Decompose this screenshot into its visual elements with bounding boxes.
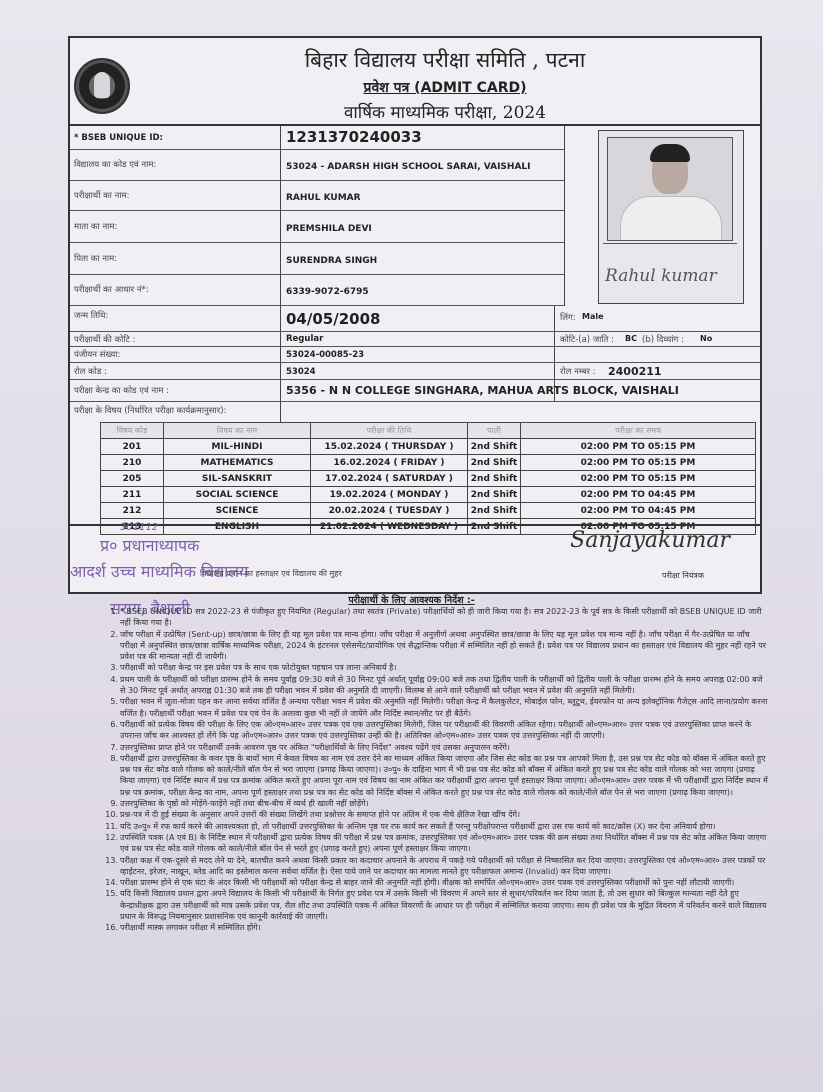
instruction-item: 1.* BSEB UNIQUE ID सत्र 2022-23 से पंजीक…: [108, 606, 768, 629]
instruction-item: 11.यदि उ०पु० में रफ कार्य करने की आवश्यक…: [108, 821, 768, 832]
exam-date-cell: 19.02.2024 ( MONDAY ): [311, 487, 468, 503]
instruction-number: 15.: [98, 888, 118, 899]
father-name-value: SURENDRA SINGH: [286, 256, 377, 266]
father-name-row: पिता का नाम: SURENDRA SINGH: [70, 243, 564, 275]
instruction-item: 12.उपस्थिति पत्रक (A एवं B) के निर्दिष्ट…: [108, 832, 768, 855]
exam-time-cell: 02:00 PM TO 05:15 PM: [521, 471, 756, 487]
caste-label: कोटि-(a) जाति :: [560, 334, 614, 345]
schedule-row: 211SOCIAL SCIENCE19.02.2024 ( MONDAY )2n…: [101, 487, 756, 503]
instructions-list: 1.* BSEB UNIQUE ID सत्र 2022-23 से पंजीक…: [108, 606, 768, 934]
instruction-text: जाँच परीक्षा में उत्प्रेषित (Sent-up) छा…: [120, 630, 766, 662]
instruction-number: 14.: [98, 877, 118, 888]
instruction-item: 7.उत्तरपुस्तिका प्राप्त होने पर परीक्षार…: [108, 742, 768, 753]
schedule-row: 210MATHEMATICS16.02.2024 ( FRIDAY )2nd S…: [101, 455, 756, 471]
school-value: 53024 - ADARSH HIGH SCHOOL SARAI, VAISHA…: [286, 162, 531, 172]
subject-name-cell: SIL-SANSKRIT: [164, 471, 311, 487]
instruction-number: 10.: [98, 809, 118, 820]
roll-number-value: 2400211: [608, 365, 662, 378]
instruction-text: उत्तरपुस्तिका प्राप्त होने पर परीक्षार्थ…: [120, 743, 510, 752]
instruction-number: 8.: [98, 753, 118, 764]
unique-id-value: 1231370240033: [286, 128, 422, 146]
schedule-row: 201MIL-HINDI15.02.2024 ( THURSDAY )2nd S…: [101, 439, 756, 455]
instruction-text: परीक्षार्थी को परीक्षा केन्द्र पर इस प्र…: [120, 663, 396, 672]
category-value: Regular: [286, 334, 323, 344]
instruction-item: 15.यदि किसी विद्यालय प्रधान द्वारा अपने …: [108, 888, 768, 922]
controller-signature: Sanjayakumar: [570, 528, 730, 553]
instruction-item: 16.परीक्षार्थी मास्क लगाकर परीक्षा में स…: [108, 922, 768, 933]
subject-name-cell: SCIENCE: [164, 503, 311, 519]
subjects-heading-row: परीक्षा के विषय (निर्धारित परीक्षा कार्य…: [70, 402, 760, 422]
exam-centre-row: परीक्षा केन्द्र का कोड एवं नाम : 5356 - …: [70, 380, 760, 402]
instruction-number: 12.: [98, 832, 118, 843]
disability-value: No: [700, 334, 712, 343]
dob-label: जन्म तिथि:: [74, 310, 108, 321]
caste-value: BC: [625, 334, 637, 343]
dob-value: 04/05/2008: [286, 310, 380, 328]
roll-code-label: रोल कोड :: [74, 366, 107, 377]
exam-time-cell: 02:00 PM TO 04:45 PM: [521, 487, 756, 503]
registration-row: पंजीयन संख्या: 53024-00085-23: [70, 347, 760, 363]
subject-code-cell: 212: [101, 503, 164, 519]
unique-id-row: * BSEB UNIQUE ID: 1231370240033: [70, 126, 564, 150]
instruction-text: परीक्षा भवन में जूता-मोजा पहन कर आना सर्…: [120, 697, 767, 717]
admit-card: बिहार विद्यालय परीक्षा समिति , पटना प्रव…: [68, 36, 762, 594]
subject-code-cell: 201: [101, 439, 164, 455]
mother-name-row: माता का नाम: PREMSHILA DEVI: [70, 211, 564, 243]
col-exam-time: परीक्षा का समय: [521, 423, 756, 439]
instruction-number: 7.: [98, 742, 118, 753]
subject-name-cell: MATHEMATICS: [164, 455, 311, 471]
col-subject-code: विषय कोड: [101, 423, 164, 439]
instruction-text: परीक्षार्थी द्वारा उत्तरपुस्तिका के कवर …: [120, 754, 768, 797]
shift-cell: 2nd Shift: [468, 471, 521, 487]
candidate-signature: Rahul kumar: [605, 266, 717, 286]
roll-row: रोल कोड : 53024 रोल नम्बर : 2400211: [70, 363, 760, 380]
registration-label: पंजीयन संख्या:: [74, 349, 120, 360]
col-exam-date: परीक्षा की तिथि: [311, 423, 468, 439]
instruction-number: 4.: [98, 674, 118, 685]
schedule-row: 205SIL-SANSKRIT17.02.2024 ( SATURDAY )2n…: [101, 471, 756, 487]
instruction-number: 13.: [98, 855, 118, 866]
candidate-signature-box: Rahul kumar: [603, 243, 737, 300]
exam-date-cell: 15.02.2024 ( THURSDAY ): [311, 439, 468, 455]
aadhar-value: 6339-9072-6795: [286, 287, 369, 297]
instruction-item: 4.प्रथम पाली के परीक्षार्थी को परीक्षा प…: [108, 674, 768, 697]
exam-time-cell: 02:00 PM TO 05:15 PM: [521, 455, 756, 471]
shift-cell: 2nd Shift: [468, 487, 521, 503]
controller-label: परीक्षा नियंत्रक: [662, 570, 704, 581]
candidate-photo: [607, 137, 733, 241]
subject-code-cell: 211: [101, 487, 164, 503]
exam-time-cell: 02:00 PM TO 04:45 PM: [521, 503, 756, 519]
school-row: विद्यालय का कोड एवं नाम: 53024 - ADARSH …: [70, 150, 564, 181]
instruction-text: * BSEB UNIQUE ID सत्र 2022-23 से पंजीकृत…: [120, 607, 762, 627]
stamp-number: 301112: [120, 522, 158, 533]
instruction-number: 16.: [98, 922, 118, 933]
candidate-name-value: RAHUL KUMAR: [286, 193, 361, 203]
instruction-text: परीक्षा कक्ष में एक-दूसरे से मदद लेने या…: [120, 856, 765, 876]
school-label: विद्यालय का कोड एवं नाम:: [74, 159, 156, 170]
instruction-number: 1.: [98, 606, 118, 617]
instruction-number: 6.: [98, 719, 118, 730]
father-name-label: पिता का नाम:: [74, 253, 117, 264]
signature-area: 301112 प्र० प्रधानाध्यापक आदर्श उच्च माध…: [70, 524, 760, 596]
instruction-item: 3.परीक्षार्थी को परीक्षा केन्द्र पर इस प…: [108, 662, 768, 673]
instruction-text: उपस्थिति पत्रक (A एवं B) के निर्दिष्ट स्…: [120, 833, 766, 853]
mother-name-value: PREMSHILA DEVI: [286, 224, 372, 234]
photo-signature-box: Rahul kumar: [598, 130, 744, 304]
roll-code-value: 53024: [286, 367, 316, 377]
category-label: परीक्षार्थी की कोटि :: [74, 334, 135, 345]
candidate-name-row: परीक्षार्थी का नाम: RAHUL KUMAR: [70, 181, 564, 211]
admit-card-header: बिहार विद्यालय परीक्षा समिति , पटना प्रव…: [70, 38, 760, 126]
document-type: प्रवेश पत्र (ADMIT CARD): [70, 78, 760, 97]
headmaster-stamp: प्र० प्रधानाध्यापक: [100, 534, 199, 556]
subject-name-cell: SOCIAL SCIENCE: [164, 487, 311, 503]
shift-cell: 2nd Shift: [468, 455, 521, 471]
instruction-item: 14.परीक्षा प्रारम्भ होने से एक घंटा के अ…: [108, 877, 768, 888]
instruction-text: प्रथम पाली के परीक्षार्थी को परीक्षा प्र…: [120, 675, 763, 695]
instruction-number: 5.: [98, 696, 118, 707]
subjects-heading: परीक्षा के विषय (निर्धारित परीक्षा कार्य…: [74, 405, 226, 416]
instruction-item: 9.उत्तरपुस्तिका के पृष्ठों को मोड़ेंगे-फ…: [108, 798, 768, 809]
instruction-text: परीक्षा प्रारम्भ होने से एक घंटा के अंदर…: [120, 878, 734, 887]
exam-centre-value: 5356 - N N COLLEGE SINGHARA, MAHUA ARTS …: [286, 384, 679, 397]
aadhar-row: परीक्षार्थी का आधार नं*: 6339-9072-6795: [70, 275, 564, 306]
instruction-text: परीक्षार्थी को प्रत्येक विषय की परीक्षा …: [120, 720, 751, 740]
subject-name-cell: MIL-HINDI: [164, 439, 311, 455]
disability-label: (b) दिव्यांग :: [642, 334, 684, 345]
exam-date-cell: 16.02.2024 ( FRIDAY ): [311, 455, 468, 471]
instruction-item: 8.परीक्षार्थी द्वारा उत्तरपुस्तिका के कव…: [108, 753, 768, 798]
registration-value: 53024-00085-23: [286, 350, 364, 360]
instruction-item: 13.परीक्षा कक्ष में एक-दूसरे से मदद लेने…: [108, 855, 768, 878]
head-signature-caption: विद्यालय प्रधान का हस्ताक्षर एवं विद्याल…: [200, 568, 342, 579]
instruction-item: 10.प्रश्न-पत्र में दी हुई संख्या के अनुस…: [108, 809, 768, 820]
col-subject-name: विषय का नाम: [164, 423, 311, 439]
exam-date-cell: 17.02.2024 ( SATURDAY ): [311, 471, 468, 487]
instruction-text: परीक्षार्थी मास्क लगाकर परीक्षा में सम्म…: [120, 923, 261, 932]
instruction-item: 5.परीक्षा भवन में जूता-मोजा पहन कर आना स…: [108, 696, 768, 719]
gender-value: Male: [582, 312, 604, 321]
instruction-item: 2.जाँच परीक्षा में उत्प्रेषित (Sent-up) …: [108, 629, 768, 663]
instruction-text: उत्तरपुस्तिका के पृष्ठों को मोड़ेंगे-फाड…: [120, 799, 369, 808]
subject-code-cell: 205: [101, 471, 164, 487]
instructions-title: परीक्षार्थी के लिए आवश्यक निर्देश :-: [0, 593, 823, 606]
roll-number-label: रोल नम्बर :: [560, 366, 596, 377]
dob-row: जन्म तिथि: 04/05/2008 लिंग: Male: [70, 306, 760, 332]
instruction-number: 2.: [98, 629, 118, 640]
instruction-text: यदि उ०पु० में रफ कार्य करने की आवश्यकता …: [120, 822, 715, 831]
shift-cell: 2nd Shift: [468, 439, 521, 455]
schedule-header-row: विषय कोड विषय का नाम परीक्षा की तिथि पाल…: [101, 423, 756, 439]
exam-centre-label: परीक्षा केन्द्र का कोड एवं नाम :: [74, 385, 169, 396]
instruction-item: 6.परीक्षार्थी को प्रत्येक विषय की परीक्ष…: [108, 719, 768, 742]
exam-date-cell: 20.02.2024 ( TUESDAY ): [311, 503, 468, 519]
instruction-number: 3.: [98, 662, 118, 673]
instruction-number: 11.: [98, 821, 118, 832]
gender-label: लिंग:: [560, 312, 576, 323]
unique-id-label: * BSEB UNIQUE ID:: [74, 133, 163, 143]
category-row: परीक्षार्थी की कोटि : Regular कोटि-(a) ज…: [70, 332, 760, 347]
shift-cell: 2nd Shift: [468, 503, 521, 519]
exam-time-cell: 02:00 PM TO 05:15 PM: [521, 439, 756, 455]
aadhar-label: परीक्षार्थी का आधार नं*:: [74, 284, 149, 295]
board-name: बिहार विद्यालय परीक्षा समिति , पटना: [70, 46, 760, 74]
schedule-row: 212SCIENCE20.02.2024 ( TUESDAY )2nd Shif…: [101, 503, 756, 519]
candidate-name-label: परीक्षार्थी का नाम:: [74, 190, 129, 201]
subject-code-cell: 210: [101, 455, 164, 471]
mother-name-label: माता का नाम:: [74, 221, 117, 232]
exam-name: वार्षिक माध्यमिक परीक्षा, 2024: [70, 100, 760, 123]
col-shift: पाली: [468, 423, 521, 439]
instruction-text: प्रश्न-पत्र में दी हुई संख्या के अनुसार …: [120, 810, 520, 819]
instruction-number: 9.: [98, 798, 118, 809]
exam-schedule-table: विषय कोड विषय का नाम परीक्षा की तिथि पाल…: [100, 422, 756, 535]
instruction-text: यदि किसी विद्यालय प्रधान द्वारा अपने विद…: [120, 889, 766, 921]
